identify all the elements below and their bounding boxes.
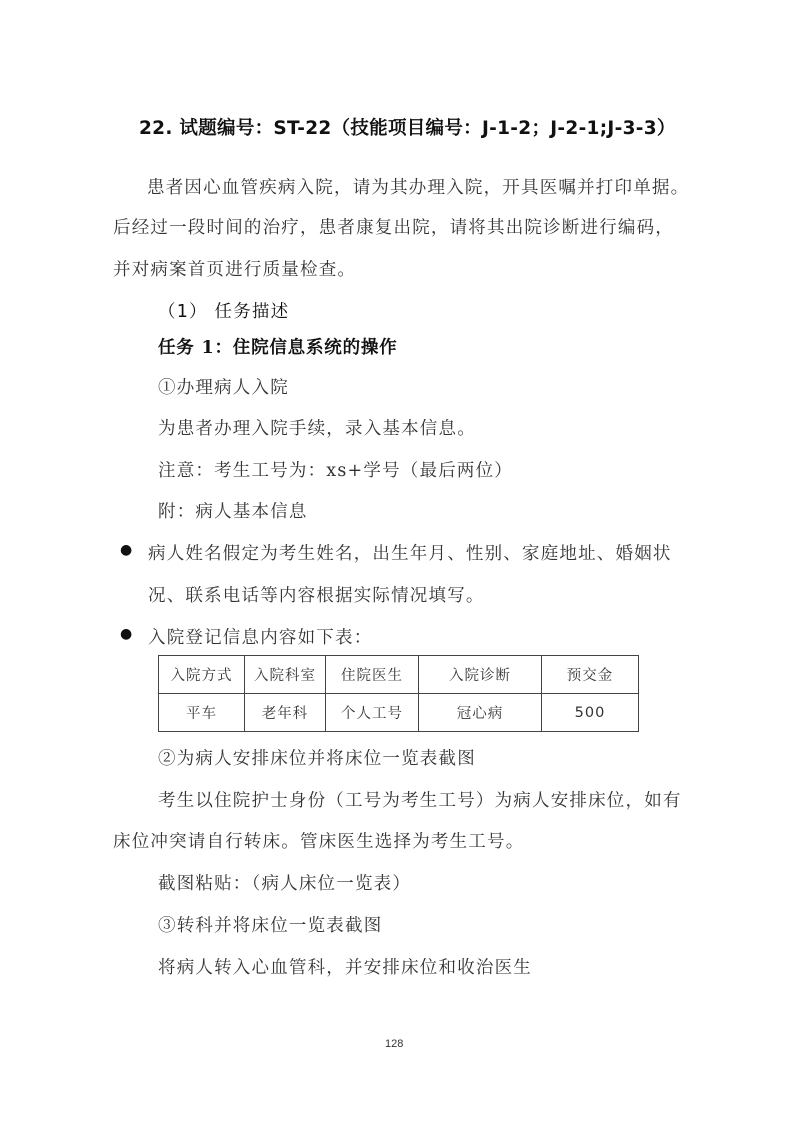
table-cell: 平车 (159, 694, 245, 732)
section-label: （1） 任务描述 (158, 298, 289, 323)
table-header-row: 入院方式 入院科室 住院医生 入院诊断 预交金 (159, 656, 639, 694)
task1-title: 任务 1：住院信息系统的操作 (158, 334, 397, 359)
bullet-1-line-1: 病人姓名假定为考生姓名，出生年月、性别、家庭地址、婚姻状 (148, 540, 672, 565)
bullet-2-line-1: 入院登记信息内容如下表： (148, 624, 372, 649)
table-header-cell: 预交金 (542, 656, 639, 694)
step2-desc-line-2: 床位冲突请自行转床。管床医生选择为考生工号。 (113, 828, 524, 853)
step2-title: ②为病人安排床位并将床位一览表截图 (158, 745, 476, 770)
table-cell: 冠心病 (419, 694, 542, 732)
table-header-cell: 入院科室 (245, 656, 326, 694)
table-header-cell: 入院诊断 (419, 656, 542, 694)
page-number: 128 (385, 1038, 403, 1050)
table-cell: 500 (542, 694, 639, 732)
table-cell: 老年科 (245, 694, 326, 732)
step2-desc-line-1: 考生以住院护士身份（工号为考生工号）为病人安排床位，如有 (158, 787, 682, 812)
step2-paste-note: 截图粘贴：（病人床位一览表） (158, 870, 411, 895)
intro-line-2: 后经过一段时间的治疗，患者康复出院，请将其出院诊断进行编码， (113, 214, 674, 239)
intro-line-1: 患者因心血管疾病入院，请为其办理入院，开具医嘱并打印单据。 (147, 174, 689, 199)
step1-attach: 附：病人基本信息 (158, 498, 308, 523)
intro-line-3: 并对病案首页进行质量检查。 (113, 256, 356, 281)
bullet-1-line-2: 况、联系电话等内容根据实际情况填写。 (148, 582, 485, 607)
step3-desc: 将病人转入心血管科，并安排床位和收治医生 (158, 954, 532, 979)
step1-desc: 为患者办理入院手续，录入基本信息。 (158, 415, 476, 440)
bullet-icon: ● (120, 542, 132, 558)
table-row: 平车 老年科 个人工号 冠心病 500 (159, 694, 639, 732)
admission-info-table: 入院方式 入院科室 住院医生 入院诊断 预交金 平车 老年科 个人工号 冠心病 … (158, 655, 639, 732)
step1-note: 注意：考生工号为：xs+学号（最后两位） (158, 457, 513, 482)
bullet-icon: ● (120, 626, 132, 642)
table-header-cell: 入院方式 (159, 656, 245, 694)
table-cell: 个人工号 (326, 694, 419, 732)
table-header-cell: 住院医生 (326, 656, 419, 694)
step3-title: ③转科并将床位一览表截图 (158, 912, 382, 937)
step1-title: ①办理病人入院 (158, 374, 289, 399)
question-heading: 22. 试题编号：ST-22（技能项目编号：J-1-2；J-2-1;J-3-3） (139, 114, 676, 140)
document-page: 22. 试题编号：ST-22（技能项目编号：J-1-2；J-2-1;J-3-3）… (0, 0, 793, 1122)
